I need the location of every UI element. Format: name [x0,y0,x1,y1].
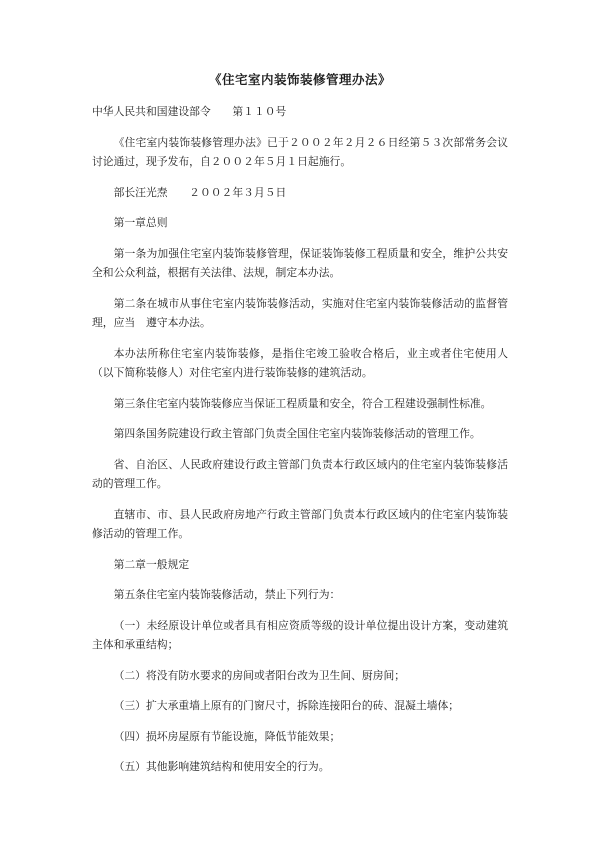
prohibited-item-5: （五）其他影响建筑结构和使用安全的行为。 [92,757,508,777]
doc-title: 《住宅室内装饰装修管理办法》 [92,70,508,90]
article-5-paragraph: 第五条住宅室内装饰装修活动，禁止下列行为： [92,585,508,605]
ministry-order-line: 中华人民共和国建设部令 第１１０号 [92,102,508,122]
prohibited-item-1: （一）未经原设计单位或者具有相应资质等级的设计单位提出设计方案，变动建筑主体和承… [92,616,508,655]
prohibited-item-3: （三）扩大承重墙上原有的门窗尺寸，拆除连接阳台的砖、混凝土墙体； [92,696,508,716]
article-4-provincial-paragraph: 省、自治区、人民政府建设行政主管部门负责本行政区域内的住宅室内装饰装修活动的管理… [92,455,508,494]
chapter2-heading: 第二章一般规定 [92,555,508,575]
signature-line: 部长汪光焘 ２００２年３月５日 [92,183,508,203]
article-2-paragraph: 第二条在城市从事住宅室内装饰装修活动，实施对住宅室内装饰装修活动的监督管理，应当… [92,294,508,333]
article-1-paragraph: 第一条为加强住宅室内装饰装修管理，保证装饰装修工程质量和安全，维护公共安全和公众… [92,244,508,283]
article-3-paragraph: 第三条住宅室内装饰装修应当保证工程质量和安全，符合工程建设强制性标准。 [92,394,508,414]
promulgation-paragraph: 《住宅室内装饰装修管理办法》已于２００２年２月２６日经第５３次部常务会议讨论通过… [92,133,508,172]
article-4-paragraph: 第四条国务院建设行政主管部门负责全国住宅室内装饰装修活动的管理工作。 [92,424,508,444]
article-4-municipal-paragraph: 直辖市、市、县人民政府房地产行政主管部门负责本行政区域内的住宅室内装饰装修活动的… [92,505,508,544]
prohibited-item-4: （四）损坏房屋原有节能设施，降低节能效果； [92,727,508,747]
document-page: 《住宅室内装饰装修管理办法》 中华人民共和国建设部令 第１１０号 《住宅室内装饰… [0,0,600,850]
article-2-definition-paragraph: 本办法所称住宅室内装饰装修，是指住宅竣工验收合格后，业主或者住宅使用人（以下简称… [92,344,508,383]
prohibited-item-2: （二）将没有防水要求的房间或者阳台改为卫生间、厨房间； [92,666,508,686]
chapter1-heading: 第一章总则 [92,213,508,233]
